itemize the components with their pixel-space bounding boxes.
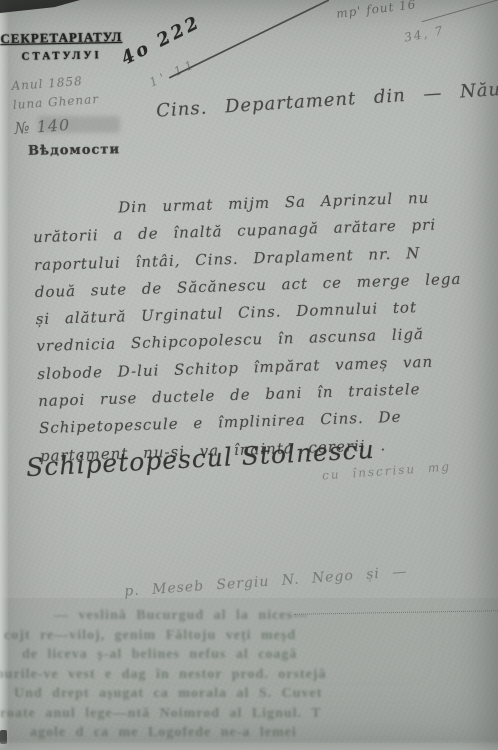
ghost-line: burile-ve vest e dag în nestor prod. ors…	[0, 665, 498, 685]
letter-body: Din urmat mijm Sa Aprinzul nu urătorii a…	[32, 183, 496, 470]
ghost-line: Und drept așugat ca morala al S. Cuvet	[0, 684, 498, 704]
clerk-note: p. Meseb Sergiu N. Nego și —	[124, 564, 408, 600]
registry-label: Вѣдомости	[28, 142, 120, 159]
photo-top-left-shadow	[0, 0, 80, 13]
ghost-line: roate anul lege—ntă Noimrod al Lignul. T	[0, 704, 498, 724]
stamp-line-1: СЕКРЕТАРІАТУЛ	[0, 29, 129, 47]
ghost-line: — veslină Bucurgud al la nices—	[0, 606, 498, 626]
pencil-note-top-right: mp' fout 16	[335, 0, 417, 21]
letter-heading: Cins. Departament din — Năuntru	[156, 79, 497, 121]
registry-block: Anul 1858 luna Ghenar № 140	[11, 73, 101, 138]
ghost-line: agole d ca me Logofede ne-a lemei	[0, 723, 498, 743]
document-photo: СЕКРЕТАРІАТУЛ СТАТУЛУІ Anul 1858 luna Gh…	[0, 0, 498, 750]
annotation-small-number: 1' 11	[147, 56, 198, 89]
corner-pen-stroke	[421, 0, 498, 22]
ghost-line: de liceva ș-al belines nefus al coagă	[0, 645, 498, 665]
ghost-line: cojt re—viloj, genim Făltoju veți meșd	[0, 626, 498, 646]
official-stamp: СЕКРЕТАРІАТУЛ СТАТУЛУІ	[0, 29, 129, 63]
pencil-note-secondary: 34, 7	[403, 23, 445, 44]
stamp-line-2: СТАТУЛУІ	[0, 49, 129, 63]
registry-number: № 140	[14, 113, 101, 138]
reverse-page-show-through: — veslină Bucurgud al la nices— cojt re—…	[0, 606, 498, 743]
